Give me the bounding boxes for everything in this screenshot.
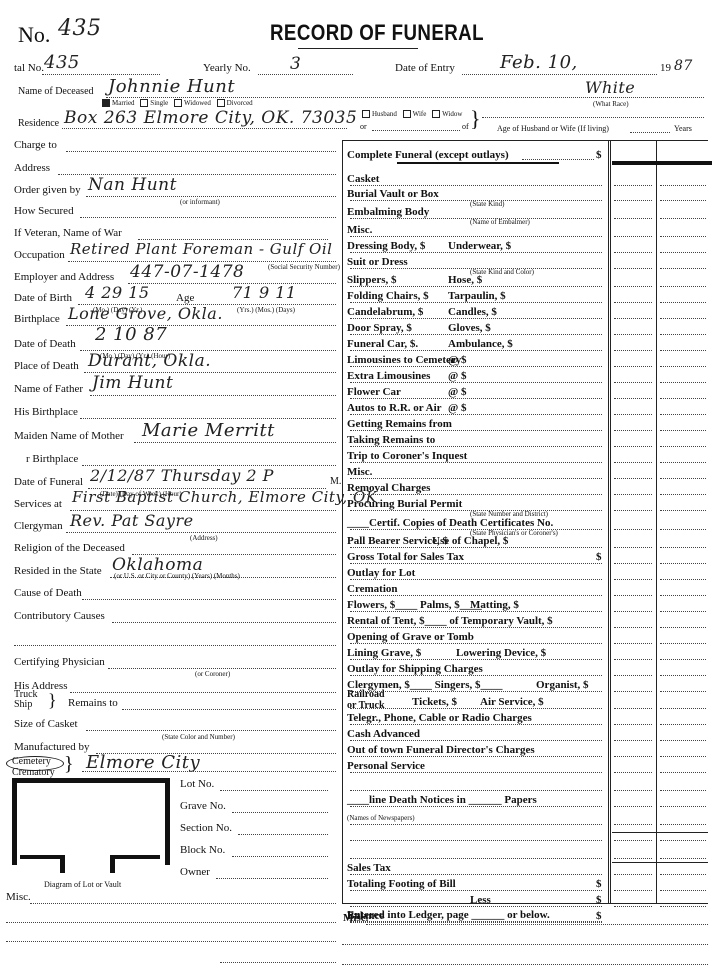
race-value[interactable]: White: [585, 78, 635, 97]
charge-cents-cell[interactable]: [660, 446, 706, 447]
charge-row-line: [350, 414, 602, 415]
services-at-value[interactable]: First Baptist Church, Elmore City, OK: [72, 488, 377, 506]
charge-cents-cell[interactable]: [660, 252, 706, 253]
spouse-or: or: [360, 122, 367, 131]
cents-column-divider: [656, 140, 657, 904]
charge-cents-cell[interactable]: [660, 890, 706, 891]
charge-row-line: [350, 529, 602, 530]
charge-row-label-2: Hose, $: [448, 274, 482, 286]
charge-cents-cell[interactable]: [660, 366, 706, 367]
charge-row-label: Misc.: [347, 224, 372, 236]
charge-row-label: Slippers, $: [347, 274, 397, 286]
block-no-field[interactable]: [232, 856, 328, 857]
charge-cents-cell[interactable]: [660, 185, 706, 186]
charge-row-line: [350, 824, 602, 825]
order-given-by-value[interactable]: Nan Hunt: [88, 175, 177, 195]
owner-label: Owner: [180, 866, 210, 878]
cemetery-brace: }: [64, 754, 74, 774]
section-no-field[interactable]: [238, 834, 328, 835]
lot-diagram: [12, 778, 170, 865]
charge-row-label: Flower Car: [347, 386, 401, 398]
year-value[interactable]: 87: [674, 58, 693, 74]
date-of-entry-value[interactable]: Feb. 10,: [500, 52, 578, 73]
date-of-birth-value[interactable]: 4 29 15: [85, 283, 150, 302]
right-misc-label: Misc.: [343, 912, 368, 924]
charge-row-label: ____line Death Notices in ______ Papers: [347, 794, 537, 806]
charge-row-label: Rental of Tent, $____ of Temporary Vault…: [347, 615, 553, 627]
charge-cents-cell[interactable]: [660, 772, 706, 773]
place-of-death-value[interactable]: Durant, Okla.: [88, 351, 211, 371]
charge-dollars-cell[interactable]: [614, 398, 652, 399]
contributory-causes-field[interactable]: [112, 622, 336, 623]
charge-cents-cell[interactable]: [660, 708, 706, 709]
charge-cents-cell[interactable]: [660, 334, 706, 335]
age-value[interactable]: 71 9 11: [232, 283, 297, 302]
grave-no-label: Grave No.: [180, 800, 226, 812]
charge-row-label: Opening of Grave or Tomb: [347, 631, 474, 643]
charge-cents-cell[interactable]: [660, 302, 706, 303]
charge-row-label-2: Underwear, $: [448, 240, 511, 252]
right-misc-field[interactable]: [366, 924, 708, 925]
name-of-deceased-value[interactable]: Johnnie Hunt: [108, 76, 235, 97]
charge-row-label-2: $: [596, 894, 602, 906]
section-no-label: Section No.: [180, 822, 232, 834]
charge-dollars-cell[interactable]: [614, 366, 652, 367]
cemetery-value[interactable]: Elmore City: [86, 752, 200, 773]
charge-dollars-cell[interactable]: [614, 643, 652, 644]
charge-cents-cell[interactable]: [660, 494, 706, 495]
charge-dollars-cell[interactable]: [614, 740, 652, 741]
charge-dollars-cell[interactable]: [614, 318, 652, 319]
charge-dollars-cell[interactable]: [614, 286, 652, 287]
contributory-causes-field-2[interactable]: [14, 645, 336, 646]
charge-cents-cell[interactable]: [660, 824, 706, 825]
charge-row-label: Autos to R.R. or Air: [347, 402, 442, 414]
cause-of-death-label: Cause of Death: [14, 587, 82, 599]
charge-row-line: [350, 740, 602, 741]
charge-dollars-cell[interactable]: [614, 595, 652, 596]
lot-no-field[interactable]: [220, 790, 328, 791]
charge-row-line: [350, 218, 602, 219]
name-of-father-label: Name of Father: [14, 383, 83, 395]
charge-cents-cell[interactable]: [660, 611, 706, 612]
charge-row-label: Candelabrum, $: [347, 306, 423, 318]
charge-dollars-cell[interactable]: [614, 218, 652, 219]
race-hint: (What Race): [593, 100, 629, 108]
birthplace-value[interactable]: Lone Grove, Okla.: [68, 304, 223, 323]
employer-address-value[interactable]: 447-07-1478: [130, 262, 244, 282]
charge-dollars-cell[interactable]: [614, 302, 652, 303]
charge-dollars-cell[interactable]: [614, 772, 652, 773]
mother-maiden-name-label: Maiden Name of Mother: [14, 430, 124, 442]
charge-cents-cell[interactable]: [660, 268, 706, 269]
charge-cents-cell[interactable]: [660, 627, 706, 628]
charge-row-label: Telegr., Phone, Cable or Radio Charges: [347, 712, 532, 724]
charge-row-label-2: Organist, $: [536, 679, 589, 691]
charge-cents-cell[interactable]: [660, 286, 706, 287]
charge-cents-cell[interactable]: [660, 724, 706, 725]
charge-row-line: [350, 200, 602, 201]
charge-dollars-cell[interactable]: [614, 563, 652, 564]
charge-dollars-cell[interactable]: [614, 510, 652, 511]
marital-status-group: Married Single Widowed Divorced: [98, 99, 253, 107]
charge-row-line: [350, 922, 602, 923]
charge-cents-cell[interactable]: [660, 806, 706, 807]
certifying-physician-label: Certifying Physician: [14, 656, 105, 668]
employer-address-label: Employer and Address: [14, 271, 114, 283]
years-label: Years: [674, 124, 692, 133]
age-spouse-label: Age of Husband or Wife (If living): [497, 124, 609, 133]
charge-row-line: [350, 185, 602, 186]
charge-dollars-cell[interactable]: [614, 806, 652, 807]
charge-dollars-cell[interactable]: [614, 268, 652, 269]
age-label: Age: [176, 292, 194, 304]
charge-cents-cell[interactable]: [660, 675, 706, 676]
charge-cents-cell[interactable]: [660, 595, 706, 596]
clergyman-label: Clergyman: [14, 520, 63, 532]
total-no-value[interactable]: 435: [44, 52, 80, 73]
charge-row-line: [350, 446, 602, 447]
residence-label: Residence: [18, 118, 59, 129]
charge-dollars-cell[interactable]: [614, 790, 652, 791]
name-of-deceased-label: Name of Deceased: [18, 86, 94, 97]
charge-dollars-cell[interactable]: [614, 334, 652, 335]
charge-row-line: [350, 611, 602, 612]
father-birthplace-field[interactable]: [80, 418, 336, 419]
charge-dollars-cell[interactable]: [614, 547, 652, 548]
age-hint: (Yrs.) (Mos.) (Days): [237, 306, 295, 314]
charge-row-hint: (Names of Newspapers): [347, 814, 415, 822]
left-misc-label: Misc.: [6, 891, 31, 903]
charge-row-line: [350, 547, 602, 548]
services-at-label: Services at: [14, 498, 62, 510]
charge-row-label: Embalming Body: [347, 206, 429, 218]
contributory-causes-label: Contributory Causes: [14, 610, 105, 622]
charge-row-label-2: $: [596, 878, 602, 890]
address-label: Address: [14, 162, 50, 174]
how-secured-label: How Secured: [14, 205, 74, 217]
charge-row-label-2: @ $: [448, 386, 466, 398]
charge-row-line: [350, 675, 602, 676]
charge-dollars-cell[interactable]: [614, 627, 652, 628]
resided-in-state-label: Resided in the State: [14, 565, 102, 577]
charge-row-label: Out of town Funeral Director's Charges: [347, 744, 535, 756]
charge-dollars-cell[interactable]: [614, 185, 652, 186]
charge-cents-cell[interactable]: [660, 430, 706, 431]
left-misc-field[interactable]: [30, 903, 336, 904]
charge-row-label-2: Lowering Device, $: [456, 647, 546, 659]
charge-row-label: Entered into Ledger, page ______ or belo…: [347, 909, 550, 921]
single-checkbox[interactable]: [140, 99, 148, 107]
charge-row-line: [350, 252, 602, 253]
spouse-of: of: [462, 122, 469, 131]
spouse-brace: }: [470, 108, 481, 130]
husband-checkbox[interactable]: [362, 110, 370, 118]
charge-dollars-cell[interactable]: [614, 691, 652, 692]
spouse-status-group: Husband Wife Widow: [358, 110, 462, 118]
charge-cents-cell[interactable]: [660, 563, 706, 564]
record-number-value[interactable]: 435: [58, 16, 102, 41]
remains-to-label: Remains to: [68, 697, 118, 709]
charge-row-label-2: Air Service, $: [480, 696, 544, 708]
charge-dollars-cell[interactable]: [614, 611, 652, 612]
charge-row-line: [350, 595, 602, 596]
charge-row-label: Tickets, $: [412, 696, 457, 708]
charge-cents-cell[interactable]: [660, 398, 706, 399]
charge-cents-cell[interactable]: [660, 382, 706, 383]
complete-funeral-label: Complete Funeral (except outlays): [347, 149, 509, 161]
charge-dollars-cell[interactable]: [614, 252, 652, 253]
charge-cents-cell[interactable]: [660, 874, 706, 875]
lot-no-label: Lot No.: [180, 778, 214, 790]
charge-row-label: Extra Limousines: [347, 370, 430, 382]
charge-row-label-2: $: [596, 551, 602, 563]
resided-in-state-hint: (or U.S. or City or County) (Years) (Mon…: [114, 572, 240, 580]
record-number-label: No.: [18, 22, 50, 48]
title-underline: [298, 48, 418, 49]
charge-cents-cell[interactable]: [660, 200, 706, 201]
charge-row-label: Funeral Car, $.: [347, 338, 418, 350]
charge-row-label: Procuring Burial Permit: [347, 498, 462, 510]
charge-cents-cell[interactable]: [660, 659, 706, 660]
residence-value[interactable]: Box 263 Elmore City, OK. 73035: [64, 108, 357, 128]
order-given-by-label: Order given by: [14, 184, 81, 196]
size-of-casket-field[interactable]: [86, 730, 336, 731]
page-title: RECORD OF FUNERAL: [270, 20, 484, 46]
charge-row-line: [350, 268, 602, 269]
charge-to-label: Charge to: [14, 139, 57, 151]
charge-row-label: Misc.: [347, 466, 372, 478]
order-given-by-hint: (or informant): [180, 198, 220, 206]
charge-row-label: Outlay for Lot: [347, 567, 415, 579]
charge-dollars-cell[interactable]: [614, 200, 652, 201]
charge-row-label: Sales Tax: [347, 862, 391, 874]
charge-row-line: [350, 906, 602, 907]
charge-row-line: [350, 286, 602, 287]
charge-row-line: [350, 494, 602, 495]
charge-row-label: Casket: [347, 173, 379, 185]
mother-maiden-name-value[interactable]: Marie Merritt: [142, 420, 275, 441]
charge-row-hint: (State Kind): [470, 200, 504, 208]
charge-row-line: [350, 382, 602, 383]
charge-row-label-2: Tarpaulin, $: [448, 290, 506, 302]
charge-dollars-cell[interactable]: [614, 708, 652, 709]
charge-dollars-cell[interactable]: [614, 414, 652, 415]
charge-cents-cell[interactable]: [660, 529, 706, 530]
dollars-column-divider: [608, 140, 611, 904]
charge-row-line: [350, 659, 602, 660]
religion-label: Religion of the Deceased: [14, 542, 125, 554]
charge-row-line: [350, 874, 602, 875]
widow-checkbox[interactable]: [432, 110, 440, 118]
charge-row-label: Trip to Coroner's Inquest: [347, 450, 467, 462]
manufactured-by-label: Manufactured by: [14, 741, 89, 753]
charge-cents-cell[interactable]: [660, 579, 706, 580]
married-checkbox[interactable]: [102, 99, 110, 107]
charge-dollars-cell[interactable]: [614, 382, 652, 383]
date-of-funeral-value[interactable]: 2/12/87 Thursday 2 P: [90, 466, 274, 485]
charge-row-line: [350, 462, 602, 463]
charge-cents-cell[interactable]: [660, 906, 706, 907]
charge-row-label: Door Spray, $: [347, 322, 412, 334]
charge-row-line: [350, 627, 602, 628]
wife-checkbox[interactable]: [403, 110, 411, 118]
charge-dollars-cell[interactable]: [614, 840, 652, 841]
charge-cents-cell[interactable]: [660, 547, 706, 548]
charge-row-line: [350, 366, 602, 367]
father-birthplace-label: His Birthplace: [14, 406, 78, 418]
occupation-value[interactable]: Retired Plant Foreman - Gulf Oil: [70, 240, 332, 258]
charge-cents-cell[interactable]: [660, 691, 706, 692]
charge-dollars-cell[interactable]: [614, 462, 652, 463]
charge-cents-cell[interactable]: [660, 414, 706, 415]
charge-row-label: Lining Grave, $: [347, 647, 421, 659]
charge-row-line: [350, 430, 602, 431]
charge-row-label: Gross Total for Sales Tax: [347, 551, 464, 563]
owner-field[interactable]: [216, 878, 328, 879]
divorced-checkbox[interactable]: [217, 99, 225, 107]
widowed-checkbox[interactable]: [174, 99, 182, 107]
charge-row-label: Flowers, $____ Palms, $____: [347, 599, 482, 611]
charge-cents-cell[interactable]: [660, 236, 706, 237]
charge-dollars-cell[interactable]: [614, 350, 652, 351]
charge-row-line: [350, 691, 602, 692]
charge-dollars-cell[interactable]: [614, 236, 652, 237]
charge-cents-cell[interactable]: [660, 643, 706, 644]
cause-of-death-field[interactable]: [82, 599, 336, 600]
charge-row-line: [350, 510, 602, 511]
place-of-death-label: Place of Death: [14, 360, 79, 372]
lot-diagram-caption: Diagram of Lot or Vault: [44, 880, 121, 889]
charge-dollars-cell[interactable]: [614, 724, 652, 725]
charge-row-line: [350, 563, 602, 564]
charge-cents-cell[interactable]: [660, 756, 706, 757]
charge-row-line: [350, 579, 602, 580]
charge-row-line: [350, 772, 602, 773]
date-of-death-label: Date of Death: [14, 338, 76, 350]
charge-dollars-cell[interactable]: [614, 906, 652, 907]
charge-row-line: [350, 790, 602, 791]
charge-row-label: Outlay for Shipping Charges: [347, 663, 483, 675]
charge-cents-cell[interactable]: [660, 478, 706, 479]
charge-dollars-cell[interactable]: [614, 659, 652, 660]
charge-dollars-cell[interactable]: [614, 756, 652, 757]
occupation-label: Occupation: [14, 249, 65, 261]
charge-dollars-cell[interactable]: [614, 446, 652, 447]
charge-row-line: [350, 318, 602, 319]
block-no-label: Block No.: [180, 844, 225, 856]
charge-cents-cell[interactable]: [660, 350, 706, 351]
funeral-meridiem: M.: [330, 476, 341, 487]
charge-dollars-cell[interactable]: [614, 890, 652, 891]
charge-row-line: [350, 890, 602, 891]
charge-cents-cell[interactable]: [660, 790, 706, 791]
charge-dollars-cell[interactable]: [614, 529, 652, 530]
charge-row-label: Less: [470, 894, 491, 906]
charge-row-label: Dressing Body, $: [347, 240, 425, 252]
charge-cents-cell[interactable]: [660, 510, 706, 511]
date-of-birth-label: Date of Birth: [14, 292, 72, 304]
physician-address-field[interactable]: [70, 692, 336, 693]
charge-row-label-2: @ $: [448, 402, 466, 414]
ssn-hint: (Social Security Number): [268, 263, 340, 271]
total-no-label: tal No.: [14, 62, 44, 74]
charge-cents-cell[interactable]: [660, 840, 706, 841]
charge-dollars-cell[interactable]: [614, 874, 652, 875]
charge-row-label: Taking Remains to: [347, 434, 435, 446]
charge-row-label: Getting Remains from: [347, 418, 452, 430]
date-of-funeral-label: Date of Funeral: [14, 476, 83, 488]
birthplace-label: Birthplace: [14, 313, 60, 325]
charge-dollars-cell[interactable]: [614, 579, 652, 580]
charge-row-line: [350, 350, 602, 351]
charge-cents-cell[interactable]: [660, 318, 706, 319]
size-of-casket-hint: (State Color and Number): [162, 733, 235, 741]
charge-to-field[interactable]: [66, 151, 336, 152]
charge-row-line: [350, 724, 602, 725]
charge-row-label-2: Gloves, $: [448, 322, 491, 334]
charge-row-label: Cremation: [347, 583, 398, 595]
charge-row-line: [350, 840, 602, 841]
charge-row-line: [350, 858, 602, 859]
certifying-physician-field[interactable]: [108, 668, 336, 669]
remains-to-field[interactable]: [122, 709, 336, 710]
charge-row-label: Folding Chairs, $: [347, 290, 429, 302]
charge-row-line: [350, 708, 602, 709]
charge-row-line: [350, 806, 602, 807]
clergyman-value[interactable]: Rev. Pat Sayre: [70, 511, 194, 530]
cemetery-crematory-options[interactable]: CemeteryCrematory: [12, 756, 55, 778]
size-of-casket-label: Size of Casket: [14, 718, 78, 730]
charge-dollars-cell[interactable]: [614, 675, 652, 676]
charge-row-label: ____Certif. Copies of Death Certificates…: [347, 517, 553, 529]
charge-dollars-cell[interactable]: [614, 858, 652, 859]
veteran-war-label: If Veteran, Name of War: [14, 227, 122, 239]
complete-funeral-dollar: $: [596, 149, 602, 161]
clergyman-hint: (Address): [190, 534, 218, 542]
charge-row-label-2: Ambulance, $: [448, 338, 513, 350]
truck-ship-brace-label: TruckShip: [14, 690, 38, 710]
name-of-father-value[interactable]: Jim Hunt: [92, 373, 173, 393]
charge-row-label-2: @ $: [448, 370, 466, 382]
how-secured-field[interactable]: [80, 217, 336, 218]
charge-dollars-cell[interactable]: [614, 494, 652, 495]
charge-row-line: [350, 302, 602, 303]
mother-birthplace-label: r Birthplace: [26, 453, 78, 465]
yearly-no-value[interactable]: 3: [290, 54, 301, 74]
charge-cents-cell[interactable]: [660, 218, 706, 219]
charge-dollars-cell[interactable]: [614, 824, 652, 825]
charge-dollars-cell[interactable]: [614, 430, 652, 431]
yearly-no-label: Yearly No.: [203, 62, 251, 74]
truck-ship-brace: }: [48, 690, 57, 710]
charge-cents-cell[interactable]: [660, 740, 706, 741]
charge-row-label: Cash Advanced: [347, 728, 420, 740]
charge-cents-cell[interactable]: [660, 858, 706, 859]
charge-cents-cell[interactable]: [660, 462, 706, 463]
grave-no-field[interactable]: [232, 812, 328, 813]
charge-dollars-cell[interactable]: [614, 478, 652, 479]
date-of-death-value[interactable]: 2 10 87: [95, 324, 167, 345]
charge-row-label: Limousines to Cemetery: [347, 354, 461, 366]
charge-row-label-2: Matting, $: [470, 599, 519, 611]
charge-row-label: Removal Charges: [347, 482, 430, 494]
charge-row-line: [350, 478, 602, 479]
date-of-entry-label: Date of Entry: [395, 62, 455, 74]
charge-row-line: [350, 398, 602, 399]
charge-row-line: [350, 236, 602, 237]
charge-row-line: [350, 334, 602, 335]
